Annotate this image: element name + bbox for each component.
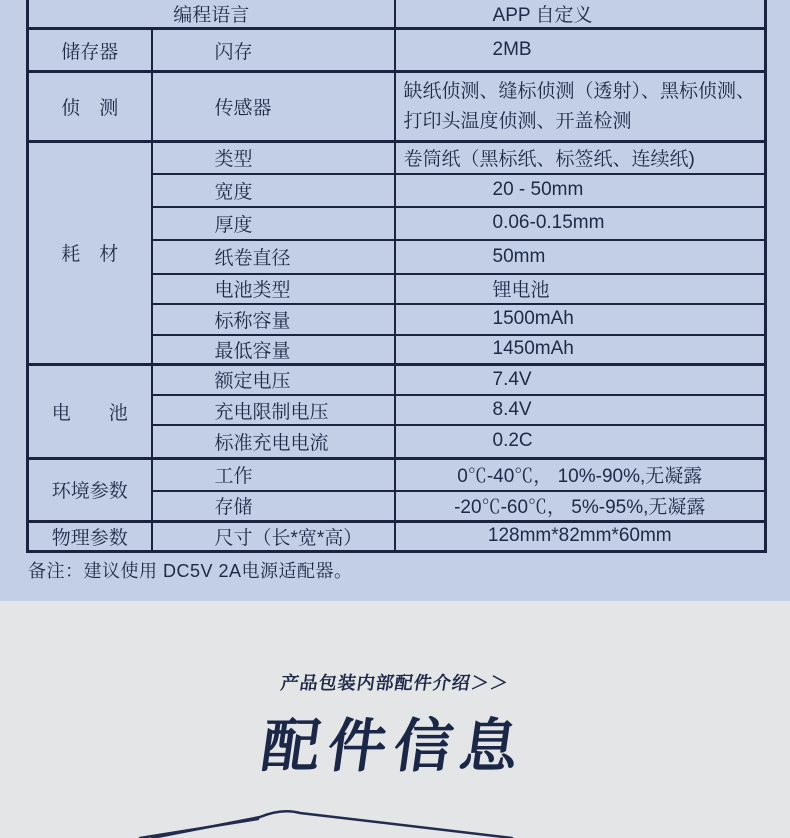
label-cell: 存储	[152, 491, 395, 521]
spec-row-dimensions: 物理参数 尺寸（长*宽*高） 128mm*82mm*60mm	[28, 521, 766, 551]
label-cell: 额定电压	[152, 364, 395, 395]
value-cell: 1500mAh	[395, 304, 766, 335]
label-cell: 标准充电电流	[152, 425, 395, 458]
group-cell: 耗 材	[28, 142, 152, 365]
value-cell: APP 自定义	[395, 0, 766, 29]
accessories-intro: 产品包装内部配件介绍＞＞	[0, 669, 790, 695]
value-cell: 0.2C	[395, 425, 766, 458]
product-spec-page: 编程语言 APP 自定义 储存器 闪存 2MB 侦 测 传感器 缺纸侦测、缝标侦…	[0, 0, 790, 838]
sensor-value-line1: 缺纸侦测、缝标侦测（透射）、黑标侦测、	[404, 77, 763, 106]
group-cell: 储存器	[28, 29, 152, 72]
accessories-title: 配件信息	[0, 699, 790, 783]
label-cell: 标称容量	[152, 304, 395, 335]
value-cell: -20℃-60℃， 5%-95%,无凝露	[395, 491, 766, 521]
value-cell: 2MB	[395, 29, 766, 72]
value-cell: 0.06-0.15mm	[395, 207, 766, 240]
value-cell: 锂电池	[395, 274, 766, 304]
label-cell: 类型	[152, 142, 395, 174]
label-cell: 传感器	[152, 72, 395, 142]
group-cell: 环境参数	[28, 458, 152, 521]
label-cell: 闪存	[152, 29, 395, 72]
accessories-section: 产品包装内部配件介绍＞＞ 配件信息	[0, 601, 790, 838]
spec-table: 编程语言 APP 自定义 储存器 闪存 2MB 侦 测 传感器 缺纸侦测、缝标侦…	[26, 0, 767, 553]
label-cell: 最低容量	[152, 335, 395, 365]
value-cell: 缺纸侦测、缝标侦测（透射）、黑标侦测、 打印头温度侦测、开盖检测	[395, 72, 766, 142]
spec-row-rated-voltage: 电 池 额定电压 7.4V	[28, 364, 766, 395]
note-text: 备注：建议使用 DC5V 2A电源适配器。	[28, 557, 353, 583]
group-cell: 物理参数	[28, 521, 152, 551]
value-cell: 8.4V	[395, 395, 766, 425]
value-cell: 1450mAh	[395, 335, 766, 365]
sensor-value-line2: 打印头温度侦测、开盖检测	[404, 107, 763, 136]
value-cell: 50mm	[395, 240, 766, 274]
label-cell: 宽度	[152, 174, 395, 207]
label-cell: 厚度	[152, 207, 395, 240]
value-cell: 0℃-40℃， 10%-90%,无凝露	[395, 458, 766, 491]
box-outline-drawing	[120, 800, 540, 838]
label-cell: 尺寸（长*宽*高）	[152, 521, 395, 551]
spec-row-operating-env: 环境参数 工作 0℃-40℃， 10%-90%,无凝露	[28, 458, 766, 491]
spec-row-storage: 储存器 闪存 2MB	[28, 29, 766, 72]
label-cell: 电池类型	[152, 274, 395, 304]
group-cell: 侦 测	[28, 72, 152, 142]
label-cell: 编程语言	[28, 0, 395, 29]
value-cell: 7.4V	[395, 364, 766, 395]
group-cell: 电 池	[28, 364, 152, 458]
label-cell: 工作	[152, 458, 395, 491]
value-cell: 卷筒纸（黑标纸、标签纸、连续纸)	[395, 142, 766, 174]
spec-row-paper-type: 耗 材 类型 卷筒纸（黑标纸、标签纸、连续纸)	[28, 142, 766, 174]
label-cell: 充电限制电压	[152, 395, 395, 425]
value-cell: 20 - 50mm	[395, 174, 766, 207]
spec-row-programming-language: 编程语言 APP 自定义	[28, 0, 766, 29]
spec-row-detection: 侦 测 传感器 缺纸侦测、缝标侦测（透射）、黑标侦测、 打印头温度侦测、开盖检测	[28, 72, 766, 142]
label-cell: 纸卷直径	[152, 240, 395, 274]
value-cell: 128mm*82mm*60mm	[395, 521, 766, 551]
spec-section: 编程语言 APP 自定义 储存器 闪存 2MB 侦 测 传感器 缺纸侦测、缝标侦…	[0, 0, 790, 601]
